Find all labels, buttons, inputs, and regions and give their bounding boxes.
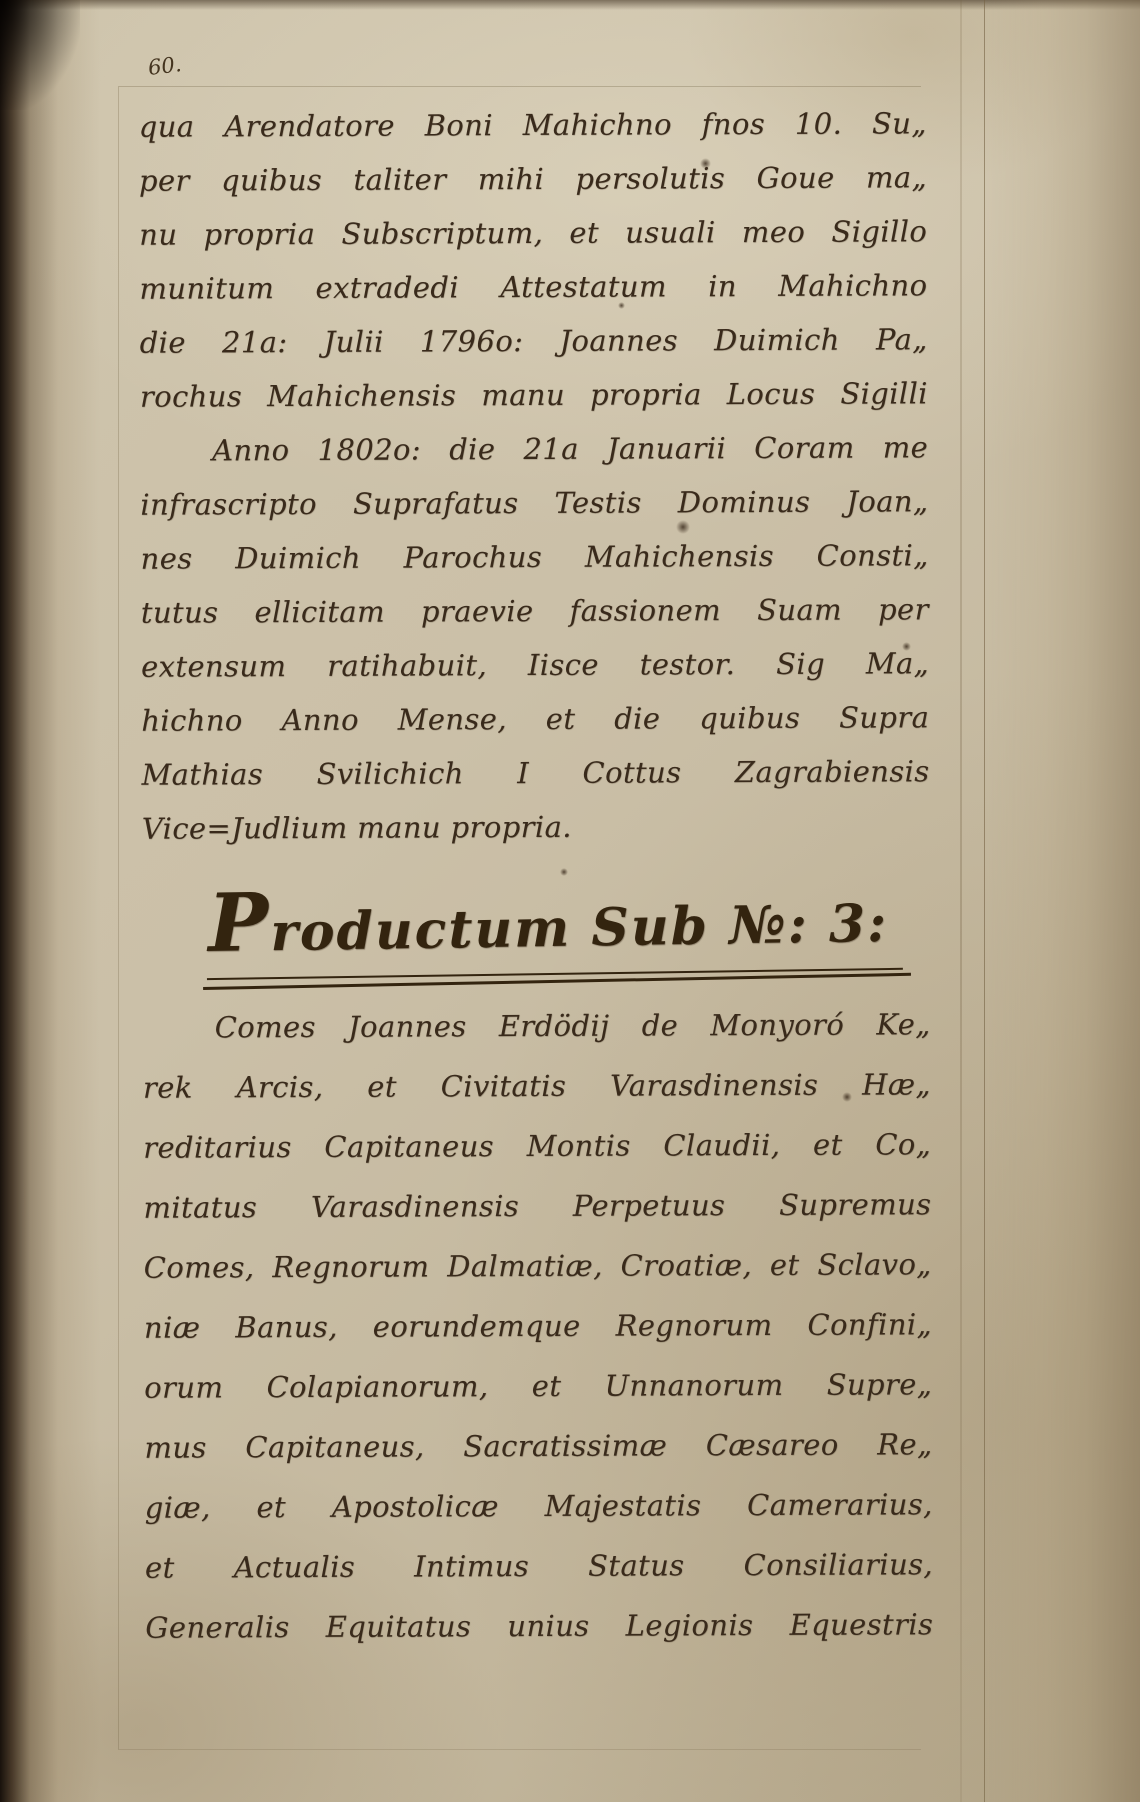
manuscript-line: Comes Joannes Erdödij de Monyoró Ke„ <box>143 994 931 1057</box>
page-fold-crease <box>960 0 962 1802</box>
manuscript-line: orum Colapianorum, et Unnanorum Supre„ <box>144 1354 932 1417</box>
manuscript-line: hichno Anno Mense, et die quibus Supra <box>141 690 929 747</box>
manuscript-line: Vice=Judlium manu propria. <box>142 798 930 855</box>
paragraph-ratification: Anno 1802o: die 21a Januarii Coram me in… <box>140 420 930 855</box>
manuscript-body: qua Arendatore Boni Mahichno fnos 10. Su… <box>139 96 934 1657</box>
manuscript-line: reditarius Capitaneus Montis Claudii, et… <box>143 1114 931 1177</box>
page-right-edge <box>984 0 1140 1802</box>
page-number: 60. <box>147 52 183 80</box>
binding-corner-shadow <box>0 0 80 110</box>
manuscript-line: rochus Mahichensis manu propria Locus Si… <box>140 366 928 423</box>
manuscript-line: Comes, Regnorum Dalmatiæ, Croatiæ, et Sc… <box>144 1234 932 1297</box>
manuscript-line: qua Arendatore Boni Mahichno fnos 10. Su… <box>139 96 927 153</box>
manuscript-line: per quibus taliter mihi persolutis Goue … <box>139 150 927 207</box>
manuscript-line: Anno 1802o: die 21a Januarii Coram me <box>140 420 928 477</box>
paragraph-attestation: qua Arendatore Boni Mahichno fnos 10. Su… <box>139 96 928 423</box>
paragraph-erdody-titles: Comes Joannes Erdödij de Monyoró Ke„ rek… <box>143 994 934 1657</box>
section-heading-productum: Productum Sub №: 3: <box>206 873 903 980</box>
book-binding-shadow <box>0 0 100 1802</box>
manuscript-line: munitum extradedi Attestatum in Mahichno <box>139 258 927 315</box>
manuscript-line: infrascripto Suprafatus Testis Dominus J… <box>140 474 928 531</box>
manuscript-line: tutus ellicitam praevie fassionem Suam p… <box>141 582 929 639</box>
manuscript-line: nu propria Subscriptum, et usuali meo Si… <box>139 204 927 261</box>
manuscript-line: die 21a: Julii 1796o: Joannes Duimich Pa… <box>140 312 928 369</box>
manuscript-line: rek Arcis, et Civitatis Varasdinensis Hæ… <box>143 1054 931 1117</box>
manuscript-line: niæ Banus, eorundemque Regnorum Confini„ <box>144 1294 932 1357</box>
manuscript-line: Generalis Equitatus unius Legionis Eques… <box>145 1594 933 1657</box>
manuscript-line: giæ, et Apostolicæ Majestatis Camerarius… <box>145 1474 933 1537</box>
manuscript-line: mus Capitaneus, Sacratissimæ Cæsareo Re„ <box>144 1414 932 1477</box>
manuscript-line: mitatus Varasdinensis Perpetuus Supremus <box>143 1174 931 1237</box>
section-heading-row: Productum Sub №: 3: <box>206 876 930 983</box>
manuscript-line: nes Duimich Parochus Mahichensis Consti„ <box>140 528 928 585</box>
manuscript-line: extensum ratihabuit, Iisce testor. Sig M… <box>141 636 929 693</box>
manuscript-line: Mathias Svilichich I Cottus Zagrabiensis <box>141 744 929 801</box>
manuscript-line: et Actualis Intimus Status Consiliarius, <box>145 1534 933 1597</box>
page-top-edge-shadow <box>0 0 1140 10</box>
